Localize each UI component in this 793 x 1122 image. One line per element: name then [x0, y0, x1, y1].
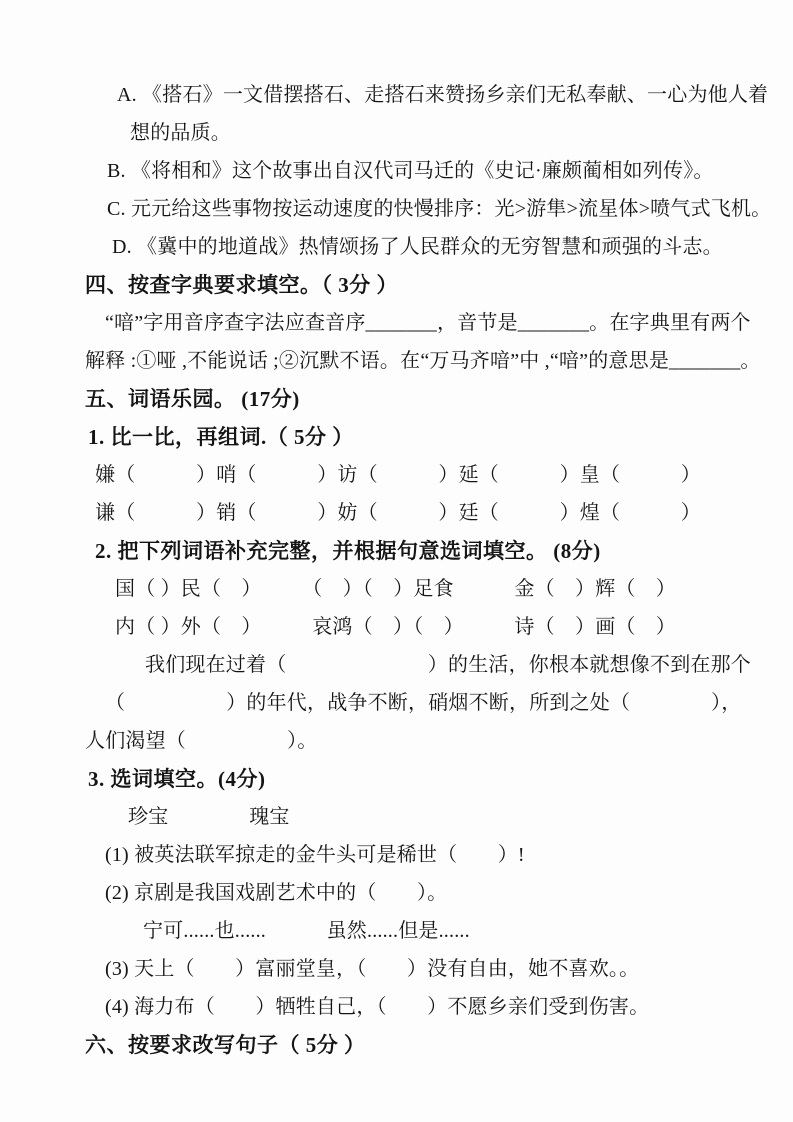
section4-heading: 四、按查字典要求填空。（ 3分 ） [85, 266, 785, 304]
q2-idiom-row1: 国（ ）民（ ） （ ）（ ）足食 金（ ）辉（ ） [115, 570, 785, 608]
option-d: D. 《冀中的地道战》热情颂扬了人民群众的无穷智慧和顽强的斗志。 [112, 228, 785, 266]
option-c: C. 元元给这些事物按运动速度的快慢排序：光>游隼>流星体>喷气式飞机。 [107, 190, 785, 228]
q2-idiom-row2: 内（ ）外（ ） 哀鸿（ ）（ ） 诗（ ）画（ ） [115, 608, 785, 646]
q2-sentence-line2: （ ）的年代，战争不断，硝烟不断，所到之处（ ）， [105, 684, 785, 722]
q3-heading: 3. 选词填空。(4分) [88, 760, 785, 798]
q3-item-4: (4) 海力布（ ）牺牲自己，（ ）不愿乡亲们受到伤害。 [105, 988, 785, 1026]
option-a-line1: A. 《搭石》一文借摆搭石、走搭石来赞扬乡亲们无私奉献、一心为他人着 [117, 76, 785, 114]
section4-dictionary-line2: 解释 :①哑 ,不能说话 ;②沉默不语。在“万马齐喑”中 ,“喑”的意思是___… [85, 342, 785, 380]
section5-heading: 五、词语乐园。 (17分) [85, 380, 785, 418]
section6-heading: 六、按要求改写句子（ 5分 ） [85, 1026, 785, 1064]
q3-item-2: (2) 京剧是我国戏剧艺术中的（ ）。 [105, 874, 785, 912]
q3-item-1: (1) 被英法联军掠走的金牛头可是稀世（ ）! [105, 836, 785, 874]
section4-dictionary-line1: “喑”字用音序查字法应查音序_______，音节是_______。在字典里有两个 [105, 304, 785, 342]
q2-sentence-line1: 我们现在过着（ ）的生活，你根本就想像不到在那个 [145, 646, 785, 684]
q3-word-choices: 珍宝 瑰宝 [128, 798, 785, 836]
option-a-line2: 想的品质。 [130, 114, 785, 152]
q1-heading: 1. 比一比，再组词.（ 5分 ） [88, 418, 785, 456]
q2-sentence-line3: 人们渴望（ ）。 [85, 722, 785, 760]
q3-item-3: (3) 天上（ ）富丽堂皇，（ ）没有自由，她不喜欢。。 [105, 950, 785, 988]
q1-compare-row2: 谦（ ）销（ ）妨（ ）廷（ ）煌（ ） [95, 494, 785, 532]
option-b: B. 《将相和》这个故事出自汉代司马迁的《史记·廉颇蔺相如列传》。 [107, 152, 785, 190]
q1-compare-row1: 嫌（ ）哨（ ）访（ ）延（ ）皇（ ） [95, 456, 785, 494]
q3-connective-choices: 宁可......也...... 虽然......但是...... [143, 912, 785, 950]
exam-paper-page: A. 《搭石》一文借摆搭石、走搭石来赞扬乡亲们无私奉献、一心为他人着 想的品质。… [0, 0, 793, 1122]
q2-heading: 2. 把下列词语补充完整，并根据句意选词填空。 (8分) [95, 532, 785, 570]
